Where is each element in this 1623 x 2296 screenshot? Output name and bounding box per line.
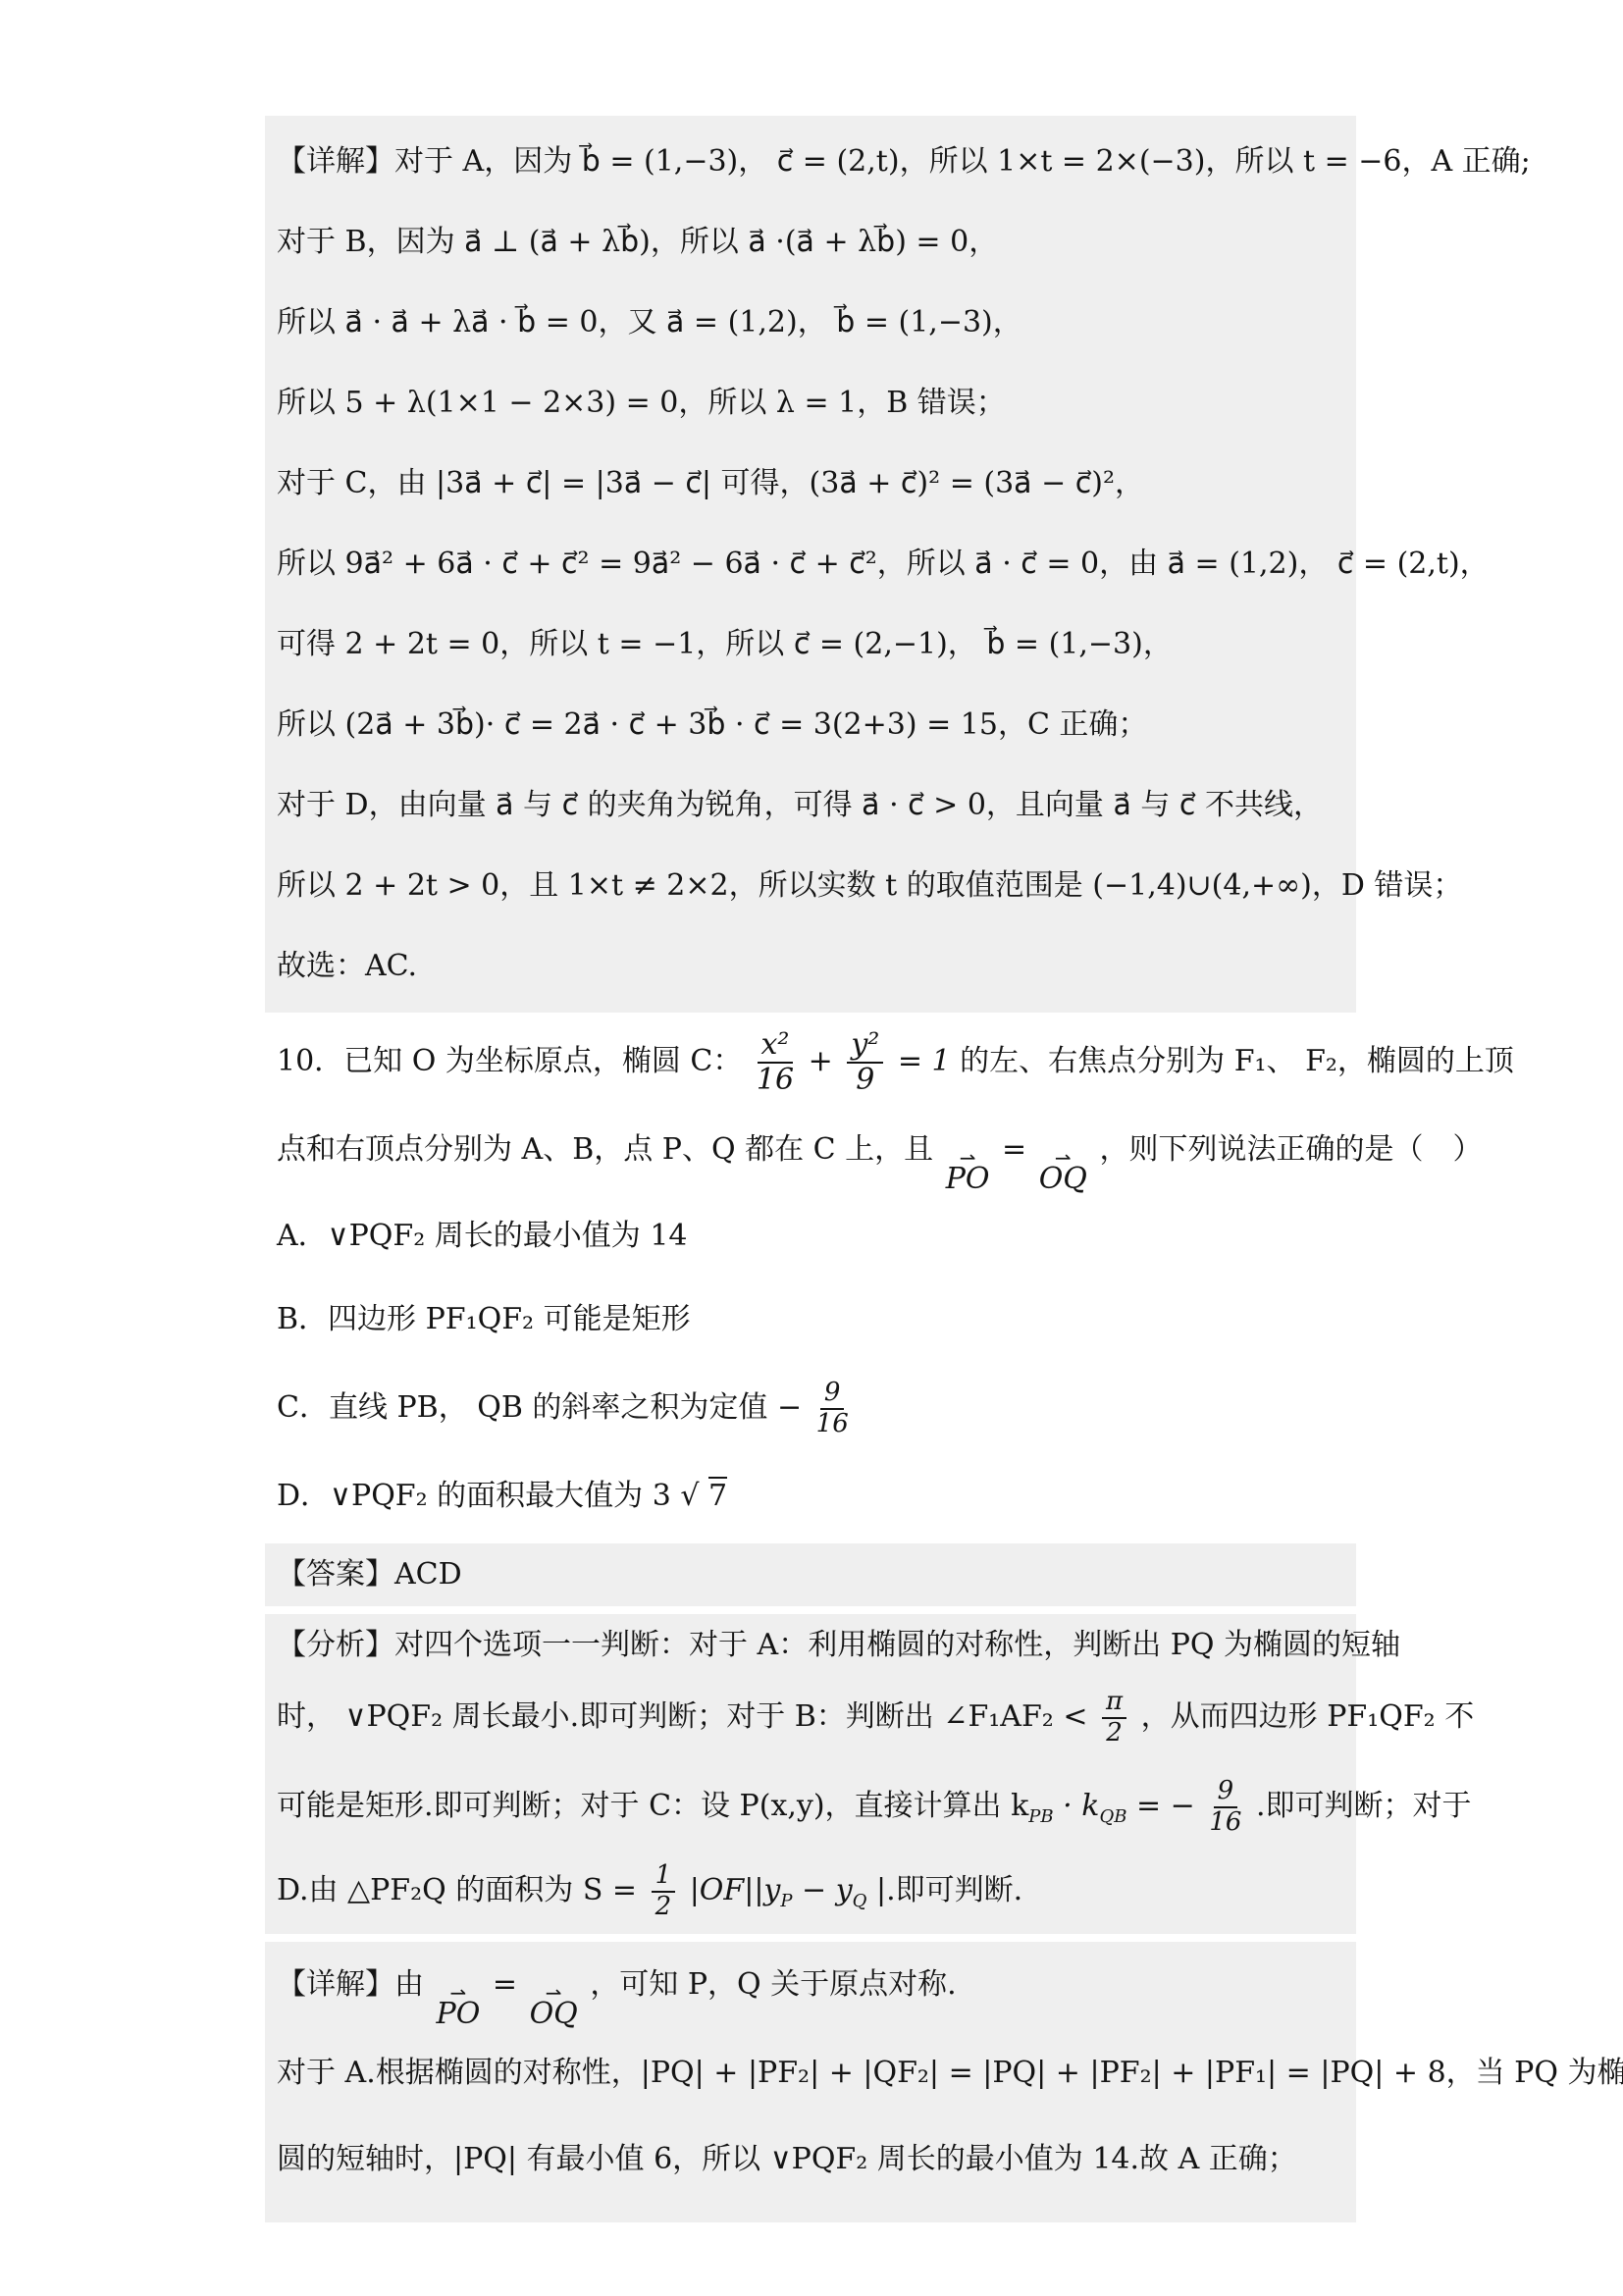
equals-sign: = [493,1967,517,2002]
solution-line: 可得 2 + 2t = 0，所以 t = −1，所以 c⃗ = (2,−1)， … [265,604,1356,685]
analysis-line: 时， ∨PQF₂ 周长最小.即可判断；对于 B：判断出 ∠F₁AF₂ < π2 … [265,1673,1356,1761]
vector-oq: ⇀OQ [530,1986,578,2029]
option-b: B．四边形 PF₁QF₂ 可能是矩形 [265,1278,1356,1361]
solution-line: 所以 2 + 2t > 0，且 1×t ≠ 2×2，所以实数 t 的取值范围是 … [265,846,1356,926]
solution-line: 对于 D，由向量 a⃗ 与 c⃗ 的夹角为锐角，可得 a⃗ · c⃗ > 0，且… [265,765,1356,846]
option-a: A．∨PQF₂ 周长的最小值为 14 [265,1194,1356,1278]
solution-line: 【详解】对于 A，因为 b⃗ = (1,−3)， c⃗ = (2,t)，所以 1… [265,122,1356,202]
subscript-q: Q [853,1891,867,1911]
options-list: A．∨PQF₂ 周长的最小值为 14 B．四边形 PF₁QF₂ 可能是矩形 C．… [265,1194,1356,1538]
solution-line: 所以 (2a⃗ + 3b⃗)· c⃗ = 2a⃗ · c⃗ + 3b⃗ · c⃗… [265,685,1356,765]
option-c: C．直线 PB， QB 的斜率之积为定值 − 916 [265,1361,1356,1454]
solution-line: 圆的短轴时，|PQ| 有最小值 6，所以 ∨PQF₂ 周长的最小值为 14.故 … [265,2117,1356,2201]
vector-oq: ⇀OQ [1039,1151,1087,1194]
vector-po: ⇀PO [946,1151,990,1194]
subscript-pb: PB [1028,1806,1053,1827]
question-text: 的左、右焦点分别为 F₁、 F₂，椭圆的上顶 [960,1044,1514,1078]
ellipse-fraction-y: y²9 [847,1028,883,1098]
analysis-block: 【分析】对四个选项一一判断：对于 A：利用椭圆的对称性，判断出 PQ 为椭圆的短… [265,1614,1356,1934]
subscript-p: P [780,1891,792,1911]
solution-line: 故选：AC. [265,926,1356,1007]
solution-line: 对于 C，由 |3a⃗ + c⃗| = |3a⃗ − c⃗| 可得，(3a⃗ +… [265,444,1356,524]
radical-sign: √ [680,1479,699,1513]
answer-block: 【答案】ACD [265,1543,1356,1606]
question-text: ，则下列说法正确的是（ ） [1099,1132,1482,1167]
analysis-line: D.由 △PF₂Q 的面积为 S = 12 |OF||yP − yQ |.即可判… [265,1852,1356,1930]
question-line: 10．已知 O 为坐标原点，椭圆 C： x²16 + y²9 = 1 的左、右焦… [265,1013,1356,1111]
question-line: 点和右顶点分别为 A、B，点 P、Q 都在 C 上，且 ⇀PO = ⇀OQ ，则… [265,1111,1356,1194]
ellipse-fraction-x: x²16 [757,1028,794,1098]
one-half-fraction: 12 [652,1861,676,1922]
equals-sign: = [1002,1132,1026,1167]
solution-line: 所以 a⃗ · a⃗ + λa⃗ · b⃗ = 0，又 a⃗ = (1,2)， … [265,283,1356,363]
equation-rhs: = 1 [898,1044,951,1078]
solution-line: 对于 A.根据椭圆的对称性，|PQ| + |PF₂| + |QF₂| = |PQ… [265,2029,1356,2117]
pi-over-two-fraction: π2 [1102,1688,1126,1748]
question-10: 10．已知 O 为坐标原点，椭圆 C： x²16 + y²9 = 1 的左、右焦… [265,1013,1356,1194]
solution-line: 所以 5 + λ(1×1 − 2×3) = 0，所以 λ = 1，B 错误； [265,363,1356,444]
option-d: D．∨PQF₂ 的面积最大值为 3 √ 7 [265,1454,1356,1538]
question-text: 10．已知 O 为坐标原点，椭圆 C： [277,1044,742,1078]
document-content: 【详解】对于 A，因为 b⃗ = (1,−3)， c⃗ = (2,t)，所以 1… [265,116,1356,2222]
solution-block-q9: 【详解】对于 A，因为 b⃗ = (1,−3)， c⃗ = (2,t)，所以 1… [265,116,1356,1013]
question-text: 点和右顶点分别为 A、B，点 P、Q 都在 C 上，且 [277,1132,933,1167]
solution-line: 所以 9a⃗² + 6a⃗ · c⃗ + c⃗² = 9a⃗² − 6a⃗ · … [265,524,1356,604]
analysis-line: 【分析】对四个选项一一判断：对于 A：利用椭圆的对称性，判断出 PQ 为椭圆的短… [265,1618,1356,1673]
answer-text: 【答案】ACD [265,1551,1356,1598]
radicand: 7 [708,1477,727,1513]
nine-sixteenths-fraction: 916 [1209,1777,1241,1838]
solution-line: 【详解】由 ⇀PO = ⇀OQ ，可知 P，Q 关于原点对称. [265,1948,1356,2029]
plus-sign: + [809,1044,833,1078]
document-page: 【详解】对于 A，因为 b⃗ = (1,−3)， c⃗ = (2,t)，所以 1… [0,0,1623,2296]
subscript-qb: QB [1099,1806,1126,1827]
solution-line: 对于 B，因为 a⃗ ⊥ (a⃗ + λb⃗)，所以 a⃗ ·(a⃗ + λb⃗… [265,202,1356,283]
slope-product-fraction: 916 [816,1379,849,1439]
vector-po: ⇀PO [437,1986,481,2029]
solution-block-q10: 【详解】由 ⇀PO = ⇀OQ ，可知 P，Q 关于原点对称. 对于 A.根据椭… [265,1942,1356,2222]
analysis-line: 可能是矩形.即可判断；对于 C：设 P(x,y)，直接计算出 kPB · kQB… [265,1761,1356,1852]
